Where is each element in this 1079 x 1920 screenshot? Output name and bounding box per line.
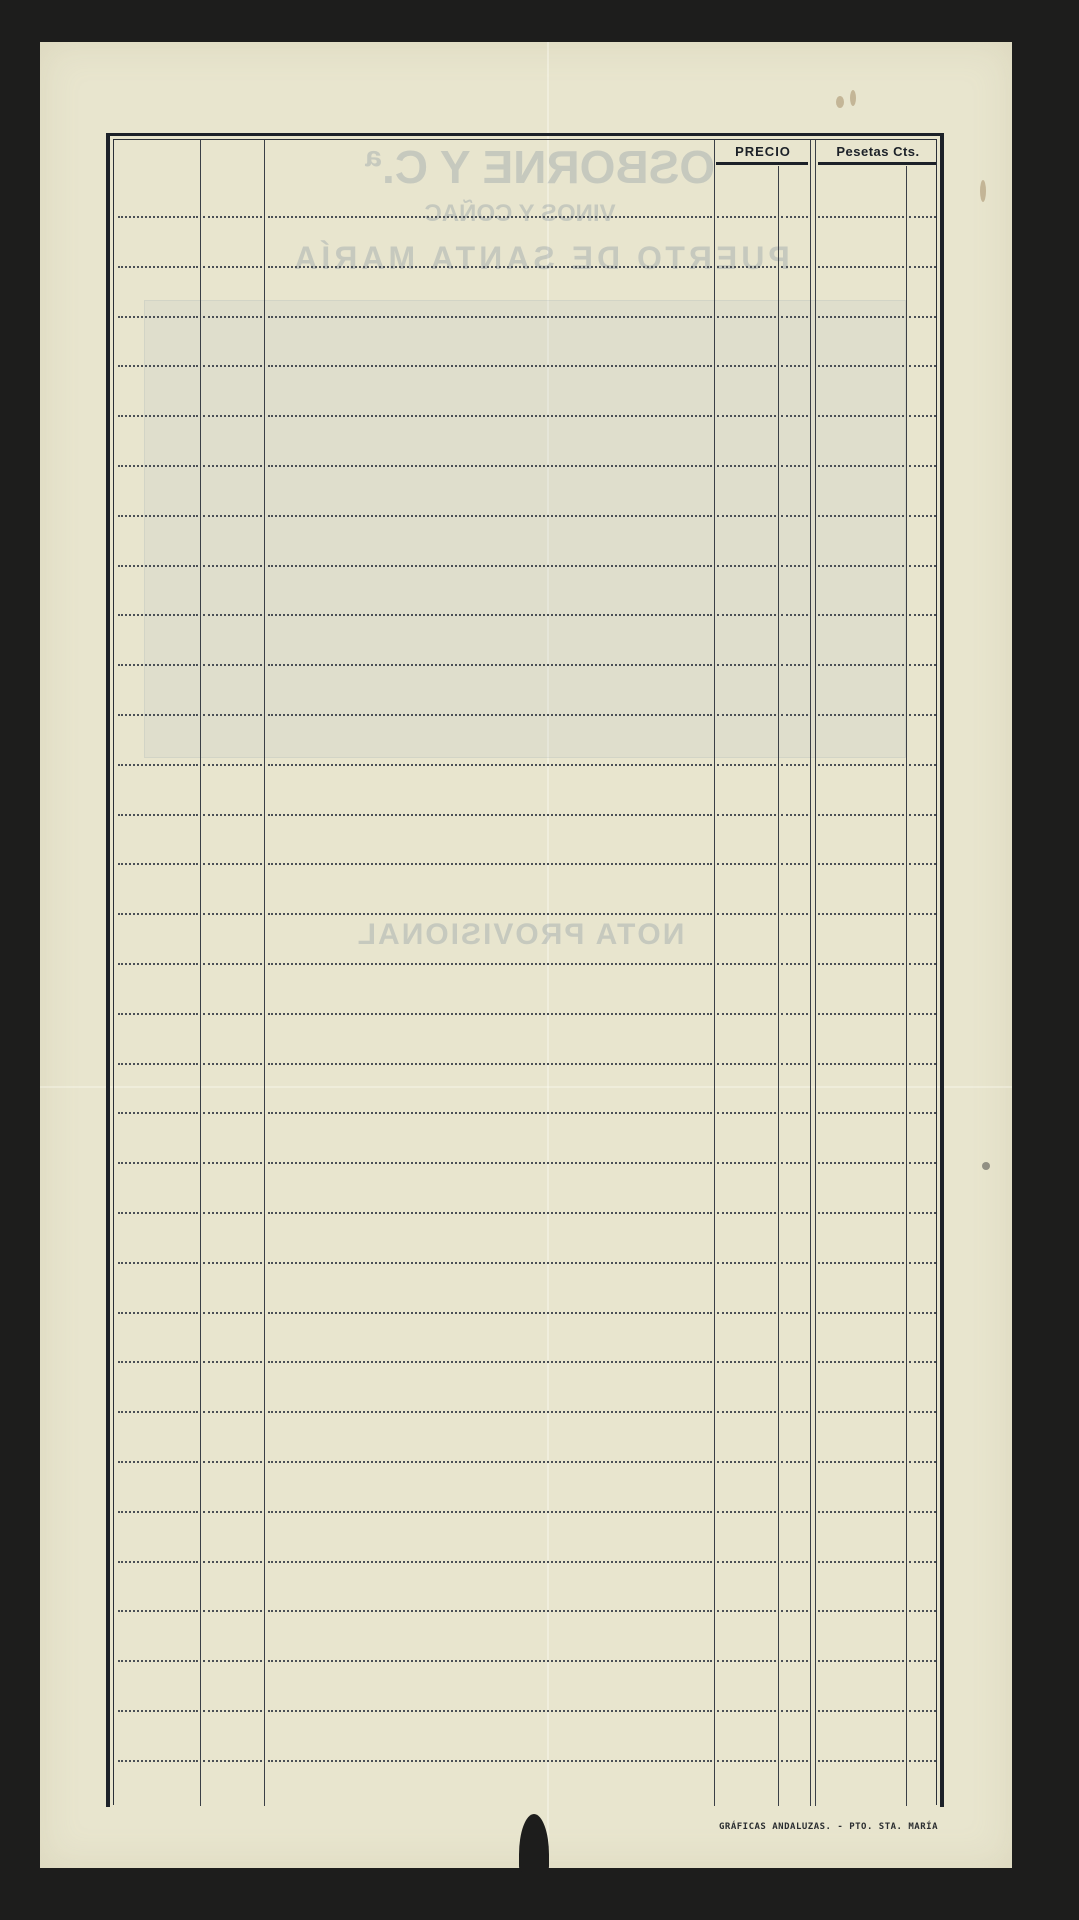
row-dotted-rule [203,1162,262,1164]
row-dotted-rule [203,415,262,417]
row-dotted-rule [781,1561,808,1563]
row-dotted-rule [203,764,262,766]
row-dotted-rule [118,1212,198,1214]
row-dotted-rule [909,863,936,865]
row-dotted-rule [717,1660,776,1662]
row-dotted-rule [268,1511,712,1513]
row-dotted-rule [203,863,262,865]
row-dotted-rule [268,714,712,716]
row-dotted-rule [781,1511,808,1513]
row-dotted-rule [717,365,776,367]
row-dotted-rule [818,1710,904,1712]
row-dotted-rule [203,365,262,367]
row-dotted-rule [118,565,198,567]
row-dotted-rule [118,1710,198,1712]
row-dotted-rule [909,1162,936,1164]
row-dotted-rule [781,863,808,865]
row-dotted-rule [203,963,262,965]
row-dotted-rule [781,1610,808,1612]
row-dotted-rule [268,1112,712,1114]
row-dotted-rule [268,1361,712,1363]
row-dotted-rule [781,1013,808,1015]
row-dotted-rule [717,216,776,218]
row-dotted-rule [818,1312,904,1314]
row-dotted-rule [781,415,808,417]
row-dotted-rule [717,1162,776,1164]
row-dotted-rule [203,1112,262,1114]
row-dotted-rule [268,1411,712,1413]
row-dotted-rule [717,1411,776,1413]
row-dotted-rule [818,1361,904,1363]
row-dotted-rule [717,1461,776,1463]
row-dotted-rule [268,863,712,865]
column-divider-2 [264,140,265,1806]
header-pesetas-cts: Pesetas Cts. [817,140,939,162]
row-dotted-rule [818,216,904,218]
row-dotted-rule [909,1710,936,1712]
row-dotted-rule [118,365,198,367]
row-dotted-rule [717,664,776,666]
stain-mark [982,1162,990,1170]
row-dotted-rule [781,764,808,766]
row-dotted-rule [909,1561,936,1563]
row-dotted-rule [717,1511,776,1513]
row-dotted-rule [717,1063,776,1065]
row-dotted-rule [203,913,262,915]
row-dotted-rule [118,1262,198,1264]
row-dotted-rule [909,664,936,666]
row-dotted-rule [781,216,808,218]
row-dotted-rule [717,1262,776,1264]
row-dotted-rule [717,963,776,965]
row-dotted-rule [118,814,198,816]
row-dotted-rule [717,1561,776,1563]
row-dotted-rule [818,664,904,666]
row-dotted-rule [268,764,712,766]
row-dotted-rule [818,814,904,816]
row-dotted-rule [818,266,904,268]
row-dotted-rule [781,714,808,716]
row-dotted-rule [717,1710,776,1712]
row-dotted-rule [203,1262,262,1264]
row-dotted-rule [818,963,904,965]
row-dotted-rule [203,216,262,218]
row-dotted-rule [781,1063,808,1065]
column-divider-double-a [810,140,811,1806]
row-dotted-rule [203,465,262,467]
row-dotted-rule [118,1112,198,1114]
row-dotted-rule [781,1212,808,1214]
row-dotted-rule [203,1660,262,1662]
row-dotted-rule [909,1312,936,1314]
row-dotted-rule [717,1312,776,1314]
row-dotted-rule [717,1013,776,1015]
row-dotted-rule [268,1312,712,1314]
row-dotted-rule [268,1561,712,1563]
row-dotted-rule [118,614,198,616]
row-dotted-rule [818,415,904,417]
row-dotted-rule [203,565,262,567]
row-dotted-rule [118,316,198,318]
row-dotted-rule [717,714,776,716]
row-dotted-rule [781,1112,808,1114]
row-dotted-rule [818,1511,904,1513]
row-dotted-rule [268,415,712,417]
row-dotted-rule [781,1162,808,1164]
row-dotted-rule [818,1461,904,1463]
row-dotted-rule [268,365,712,367]
row-dotted-rule [909,614,936,616]
row-dotted-rule [268,664,712,666]
row-dotted-rule [268,1262,712,1264]
row-dotted-rule [118,1561,198,1563]
row-dotted-rule [118,913,198,915]
row-dotted-rule [818,1013,904,1015]
row-dotted-rule [118,1063,198,1065]
header-precio: PRECIO [716,140,810,162]
row-dotted-rule [781,266,808,268]
row-dotted-rule [818,863,904,865]
row-dotted-rule [909,415,936,417]
row-dotted-rule [818,1162,904,1164]
row-dotted-rule [818,1660,904,1662]
row-dotted-rule [268,913,712,915]
row-dotted-rule [268,1660,712,1662]
row-dotted-rule [818,515,904,517]
row-dotted-rule [818,1112,904,1114]
row-dotted-rule [909,1760,936,1762]
row-dotted-rule [717,1212,776,1214]
row-dotted-rule [203,1411,262,1413]
row-dotted-rule [268,1013,712,1015]
header-pesetas-rule [818,162,936,165]
row-dotted-rule [118,764,198,766]
row-dotted-rule [118,1312,198,1314]
row-dotted-rule [717,565,776,567]
row-dotted-rule [118,1162,198,1164]
row-dotted-rule [717,316,776,318]
printer-imprint: GRÁFICAS ANDALUZAS. - PTO. STA. MARÍA [719,1822,938,1832]
stain-mark [836,96,844,108]
row-dotted-rule [781,1411,808,1413]
row-dotted-rule [268,565,712,567]
row-dotted-rule [203,714,262,716]
row-dotted-rule [268,266,712,268]
row-dotted-rule [717,614,776,616]
row-dotted-rule [818,316,904,318]
column-divider-1 [200,140,201,1806]
row-dotted-rule [909,1013,936,1015]
row-dotted-rule [717,764,776,766]
row-dotted-rule [781,1312,808,1314]
row-dotted-rule [717,814,776,816]
row-dotted-rule [118,1610,198,1612]
row-dotted-rule [203,814,262,816]
row-dotted-rule [203,1461,262,1463]
row-dotted-rule [203,1561,262,1563]
row-dotted-rule [818,365,904,367]
row-dotted-rule [717,913,776,915]
row-dotted-rule [203,1063,262,1065]
row-dotted-rule [203,1511,262,1513]
row-dotted-rule [268,316,712,318]
row-dotted-rule [909,1511,936,1513]
row-dotted-rule [781,1361,808,1363]
row-dotted-rule [717,415,776,417]
row-dotted-rule [118,216,198,218]
row-dotted-rule [818,614,904,616]
row-dotted-rule [268,465,712,467]
row-dotted-rule [781,1660,808,1662]
row-dotted-rule [118,1411,198,1413]
row-dotted-rule [781,365,808,367]
row-dotted-rule [118,266,198,268]
header-precio-rule [716,162,808,165]
row-dotted-rule [909,1461,936,1463]
row-dotted-rule [268,614,712,616]
row-dotted-rule [717,515,776,517]
row-dotted-rule [717,1112,776,1114]
row-dotted-rule [268,963,712,965]
row-dotted-rule [781,465,808,467]
row-dotted-rule [268,216,712,218]
row-dotted-rule [717,1760,776,1762]
row-dotted-rule [909,814,936,816]
row-dotted-rule [781,1710,808,1712]
column-divider-double-b [815,140,816,1806]
row-dotted-rule [909,1262,936,1264]
row-dotted-rule [268,1710,712,1712]
row-dotted-rule [118,1760,198,1762]
row-dotted-rule [909,764,936,766]
row-dotted-rule [909,963,936,965]
row-dotted-rule [268,1212,712,1214]
row-dotted-rule [818,1262,904,1264]
row-dotted-rule [203,1760,262,1762]
row-dotted-rule [203,515,262,517]
row-dotted-rule [203,316,262,318]
row-dotted-rule [118,963,198,965]
row-dotted-rule [203,1710,262,1712]
row-dotted-rule [909,1063,936,1065]
row-dotted-rule [909,1411,936,1413]
row-dotted-rule [909,1610,936,1612]
row-dotted-rule [717,266,776,268]
column-divider-cts [906,166,907,1806]
row-dotted-rule [717,1610,776,1612]
row-dotted-rule [781,614,808,616]
row-dotted-rule [717,1361,776,1363]
stain-mark [850,90,856,106]
row-dotted-rule [909,1361,936,1363]
row-dotted-rule [268,1760,712,1762]
row-dotted-rule [818,913,904,915]
row-dotted-rule [118,863,198,865]
row-dotted-rule [818,764,904,766]
row-dotted-rule [118,515,198,517]
row-dotted-rule [203,664,262,666]
row-dotted-rule [909,1212,936,1214]
row-dotted-rule [909,565,936,567]
row-dotted-rule [909,365,936,367]
column-divider-precio-left [714,140,715,1806]
stain-mark [980,180,986,202]
row-dotted-rule [118,1013,198,1015]
row-dotted-rule [118,664,198,666]
row-dotted-rule [909,266,936,268]
row-dotted-rule [818,1561,904,1563]
row-dotted-rule [118,415,198,417]
row-dotted-rule [203,1013,262,1015]
row-dotted-rule [781,1760,808,1762]
row-dotted-rule [781,814,808,816]
row-dotted-rule [909,1112,936,1114]
row-dotted-rule [909,913,936,915]
row-dotted-rule [717,863,776,865]
row-dotted-rule [268,1610,712,1612]
row-dotted-rule [818,1063,904,1065]
row-dotted-rule [118,1511,198,1513]
row-dotted-rule [268,1461,712,1463]
row-dotted-rule [818,465,904,467]
row-dotted-rule [781,1262,808,1264]
row-dotted-rule [118,1361,198,1363]
row-dotted-rule [909,1660,936,1662]
row-dotted-rule [118,1660,198,1662]
row-dotted-rule [909,465,936,467]
row-dotted-rule [781,913,808,915]
row-dotted-rule [781,515,808,517]
row-dotted-rule [268,1162,712,1164]
column-divider-precio-sub [778,166,779,1806]
row-dotted-rule [781,565,808,567]
row-dotted-rule [203,614,262,616]
row-dotted-rule [203,1610,262,1612]
row-dotted-rule [818,1610,904,1612]
row-dotted-rule [781,316,808,318]
row-dotted-rule [781,664,808,666]
row-dotted-rule [909,216,936,218]
row-dotted-rule [118,465,198,467]
row-dotted-rule [118,1461,198,1463]
row-dotted-rule [203,1361,262,1363]
row-dotted-rule [268,1063,712,1065]
row-dotted-rule [203,1212,262,1214]
row-dotted-rule [118,714,198,716]
row-dotted-rule [203,266,262,268]
row-dotted-rule [818,565,904,567]
row-dotted-rule [717,465,776,467]
row-dotted-rule [818,1212,904,1214]
row-dotted-rule [909,515,936,517]
row-dotted-rule [268,515,712,517]
row-dotted-rule [268,814,712,816]
row-dotted-rule [909,316,936,318]
row-dotted-rule [203,1312,262,1314]
row-dotted-rule [781,1461,808,1463]
row-dotted-rule [909,714,936,716]
row-dotted-rule [781,963,808,965]
row-dotted-rule [818,1411,904,1413]
table-inner-frame [113,139,937,1805]
row-dotted-rule [818,1760,904,1762]
row-dotted-rule [818,714,904,716]
